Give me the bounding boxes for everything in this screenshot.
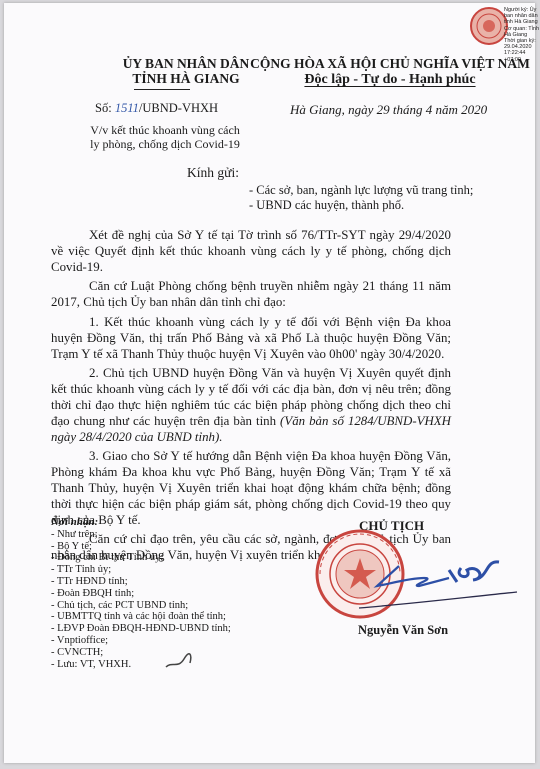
paragraph: Xét đề nghị của Sở Y tế tại Tờ trình số … xyxy=(51,228,451,275)
distribution-item: - Đoàn ĐBQH tỉnh; xyxy=(51,588,231,600)
distribution-item: - Lưu: VT, VHXH. xyxy=(51,659,231,671)
paragraph-text: Xét đề nghị của Sở Y tế tại Tờ trình số … xyxy=(51,228,451,274)
document-number: Số: 1511/UBND-VHXH xyxy=(95,101,218,116)
subject-line2: ly phòng, chống dịch Covid-19 xyxy=(90,137,240,151)
number-handwritten: 1511 xyxy=(115,101,139,115)
recipient-item: - Các sở, ban, ngành lực lượng vũ trang … xyxy=(249,183,473,198)
distribution-item: - Như trên; xyxy=(51,529,231,541)
esign-line: tỉnh Hà Giang xyxy=(504,19,540,25)
document-page: Người ký: Ủy ban nhân dân tỉnh Hà Giang … xyxy=(4,3,535,763)
distribution-item: - Vnptioffice; xyxy=(51,635,231,647)
official-seal-small-icon xyxy=(469,6,509,46)
national-title: CỘNG HÒA XÃ HỘI CHỦ NGHĨA VIỆT NAM xyxy=(240,56,540,72)
distribution-list: Nơi nhận: - Như trên; - Bộ Y tế; - Đồng … xyxy=(51,517,231,670)
recipients: - Các sở, ban, ngành lực lượng vũ trang … xyxy=(249,183,473,213)
subject-line1: V/v kết thúc khoanh vùng cách xyxy=(90,123,240,137)
issuer-underline xyxy=(134,89,190,90)
place-date: Hà Giang, ngày 29 tháng 4 năm 2020 xyxy=(290,102,487,118)
number-suffix: /UBND-VHXH xyxy=(139,101,218,115)
distribution-item: - Đồng chí Bí thư Tỉnh ủy; xyxy=(51,552,231,564)
national-motto: Độc lập - Tự do - Hạnh phúc xyxy=(240,72,540,88)
subject: V/v kết thúc khoanh vùng cách ly phòng, … xyxy=(90,123,240,151)
number-prefix: Số: xyxy=(95,101,115,115)
initial-mark-icon xyxy=(164,651,194,671)
esign-line: Cơ quan: Tỉnh xyxy=(504,26,540,32)
distribution-item: - TTr HĐND tỉnh; xyxy=(51,576,231,588)
esign-info: Người ký: Ủy ban nhân dân tỉnh Hà Giang … xyxy=(504,7,540,63)
paragraph: 1. Kết thúc khoanh vùng cách ly y tế đối… xyxy=(51,315,451,362)
recipient-item: - UBND các huyện, thành phố. xyxy=(249,198,473,213)
paragraph-text: 1. Kết thúc khoanh vùng cách ly y tế đối… xyxy=(51,315,451,361)
distribution-item: - CVNCTH; xyxy=(51,647,231,659)
issuer-line2: TỈNH HÀ GIANG xyxy=(132,71,239,86)
distribution-item: - Bộ Y tế; xyxy=(51,541,231,553)
distribution-item: - TTr Tỉnh ủy; xyxy=(51,564,231,576)
distribution-item: - Chủ tịch, các PCT UBND tỉnh; xyxy=(51,600,231,612)
paragraph-text: 3. Giao cho Sở Y tế hướng dẫn Bệnh viện … xyxy=(51,449,451,526)
national-header: CỘNG HÒA XÃ HỘI CHỦ NGHĨA VIỆT NAM Độc l… xyxy=(240,56,540,88)
distribution-item: - LĐVP Đoàn ĐBQH-HĐND-UBND tỉnh; xyxy=(51,623,231,635)
paragraph: Căn cứ Luật Phòng chống bệnh truyền nhiễ… xyxy=(51,279,451,311)
distribution-title: Nơi nhận: xyxy=(51,517,231,529)
signer-name: Nguyễn Văn Sơn xyxy=(358,623,448,638)
handwritten-signature-icon xyxy=(349,548,519,618)
salutation: Kính gửi: xyxy=(187,165,239,181)
distribution-item: - UBMTTQ tỉnh và các hội đoàn thể tỉnh; xyxy=(51,611,231,623)
paragraph-text: Căn cứ Luật Phòng chống bệnh truyền nhiễ… xyxy=(51,279,451,309)
paragraph: 2. Chủ tịch UBND huyện Đồng Văn và huyện… xyxy=(51,366,451,445)
